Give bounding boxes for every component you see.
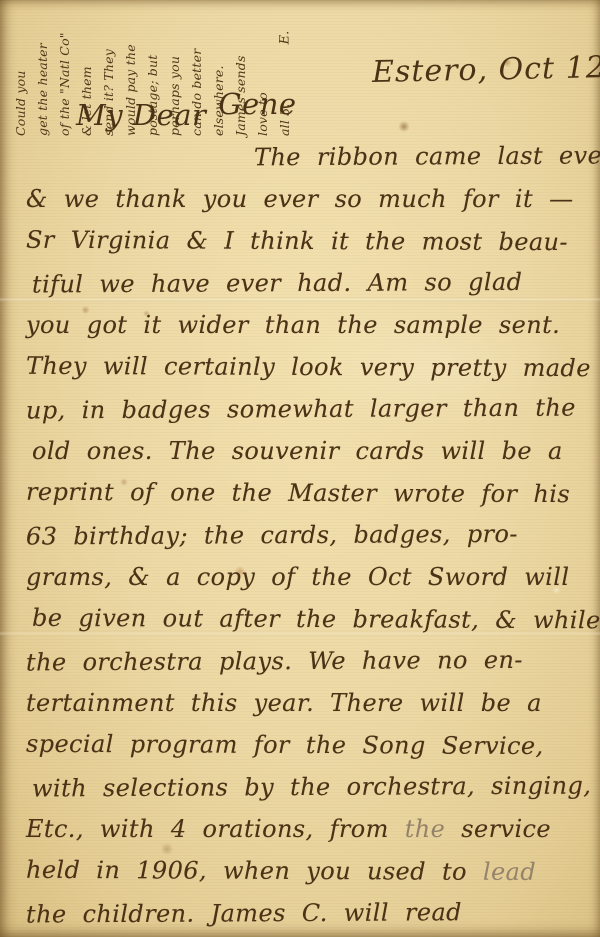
ink-text: Etc., with 4 orations, from — [26, 815, 405, 843]
ink-text: tiful we have ever had. Am so glad — [32, 268, 523, 299]
letter-line: tiful we have ever had. Am so glad — [26, 261, 590, 306]
ink-text: grams, & a copy of the Oct Sword will — [26, 563, 569, 591]
letter-line: reprint of one the Master wrote for his — [26, 471, 590, 515]
letter-line: the orchestra plays. We have no en- — [26, 639, 590, 684]
salutation: My DearGene — [76, 98, 297, 132]
letter-line: 63 birthday; the cards, badges, pro- — [26, 513, 590, 558]
margin-note-line: Could you — [10, 2, 32, 136]
letter-line: up, in badges somewhat larger than the — [26, 387, 590, 432]
letter-line: you got it wider than the sample sent. — [26, 304, 590, 346]
ink-text: 63 birthday; the cards, badges, pro- — [26, 520, 518, 551]
margin-note-line: get the heater — [32, 2, 54, 136]
margin-note-line: of the "Natl Co" — [54, 2, 76, 136]
letter-line: with selections by the orchestra, singin… — [26, 765, 590, 810]
letter-line: grams, & a copy of the Oct Sword will — [26, 556, 590, 598]
ink-text: up, in badges somewhat larger than the — [26, 394, 576, 425]
ink-text: the orchestra plays. We have no en- — [26, 646, 523, 677]
letter-line: special program for the Song Service, — [26, 723, 590, 767]
ink-text: old ones. The souvenir cards will be a — [32, 437, 563, 465]
ink-text: you got it wider than the sample sent. — [26, 311, 560, 339]
letter-line: Sr Virginia & I think it the most beau- — [26, 219, 590, 263]
letter-body: The ribbon came last eve & we thank you … — [26, 136, 590, 934]
pencil-correction-word: the — [405, 815, 446, 843]
letter-line: & we thank you ever so much for it — — [26, 178, 590, 220]
ink-text: They will certainly look very pretty mad… — [26, 352, 591, 382]
salutation-prefix: My Dear — [76, 98, 206, 132]
letter-line: be given out after the breakfast, & whil… — [26, 597, 590, 641]
letter-line: They will certainly look very pretty mad… — [26, 345, 590, 389]
ink-text: The ribbon came last eve — [254, 141, 600, 171]
dateline: Estero, Oct 12/13 — [372, 49, 600, 90]
ink-text: with selections by the orchestra, singin… — [32, 772, 591, 803]
ink-text: special program for the Song Service, — [26, 730, 544, 760]
ink-text: & we thank you ever so much for it — — [26, 185, 574, 213]
ink-text: Sr Virginia & I think it the most beau- — [26, 226, 568, 256]
ink-text: service — [445, 815, 551, 843]
letter-line: Etc., with 4 orations, from the service — [26, 808, 590, 850]
handwritten-letter-page: Could you get the heater of the "Natl Co… — [0, 0, 600, 937]
ink-text: the children. James C. will read — [26, 898, 462, 928]
letter-line: The ribbon came last eve — [26, 135, 590, 180]
margin-signature-initial: E. — [277, 31, 292, 45]
ink-text: be given out after the breakfast, & whil… — [32, 604, 600, 634]
letter-line: tertainment this year. There will be a — [26, 682, 590, 724]
ink-text: tertainment this year. There will be a — [26, 689, 542, 717]
stain-spot — [398, 121, 410, 132]
ink-text: held in 1906, when you used to — [26, 856, 483, 886]
pencil-correction-word: lead — [483, 858, 536, 886]
ink-text: reprint of one the Master wrote for his — [26, 478, 570, 508]
letter-line: old ones. The souvenir cards will be a — [26, 430, 590, 472]
letter-line: held in 1906, when you used to lead — [26, 849, 590, 893]
letter-line: the children. James C. will read — [26, 891, 590, 936]
recipient-name: Gene — [218, 87, 296, 121]
